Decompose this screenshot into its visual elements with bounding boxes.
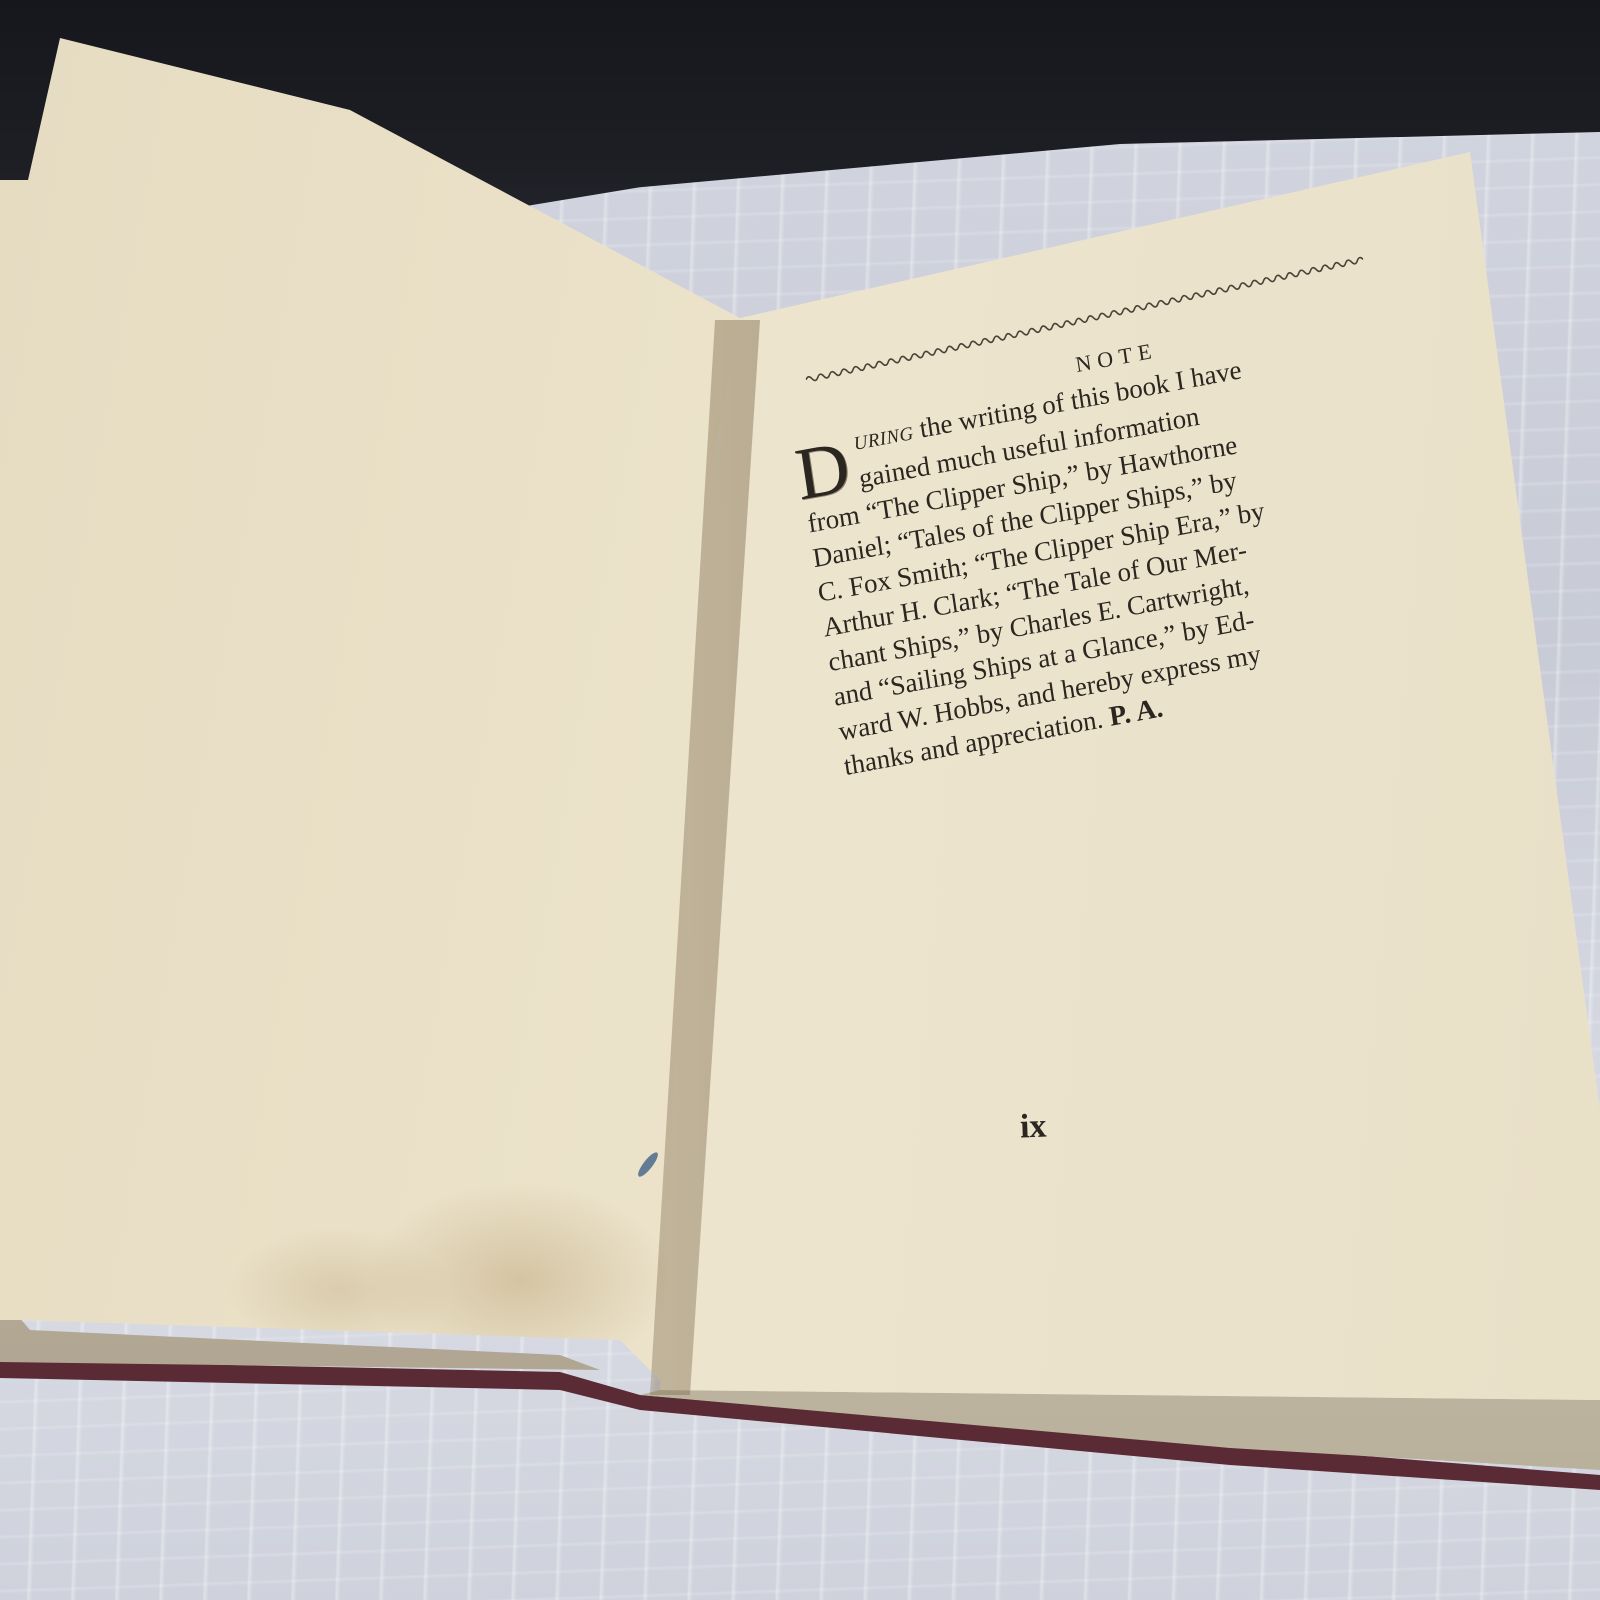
small-caps-word: URING [852,423,915,455]
book-photo: NOTE D URING the writing of this book I … [0,0,1600,1600]
drop-cap: D [792,436,854,507]
page-number: ix [1019,1108,1047,1147]
